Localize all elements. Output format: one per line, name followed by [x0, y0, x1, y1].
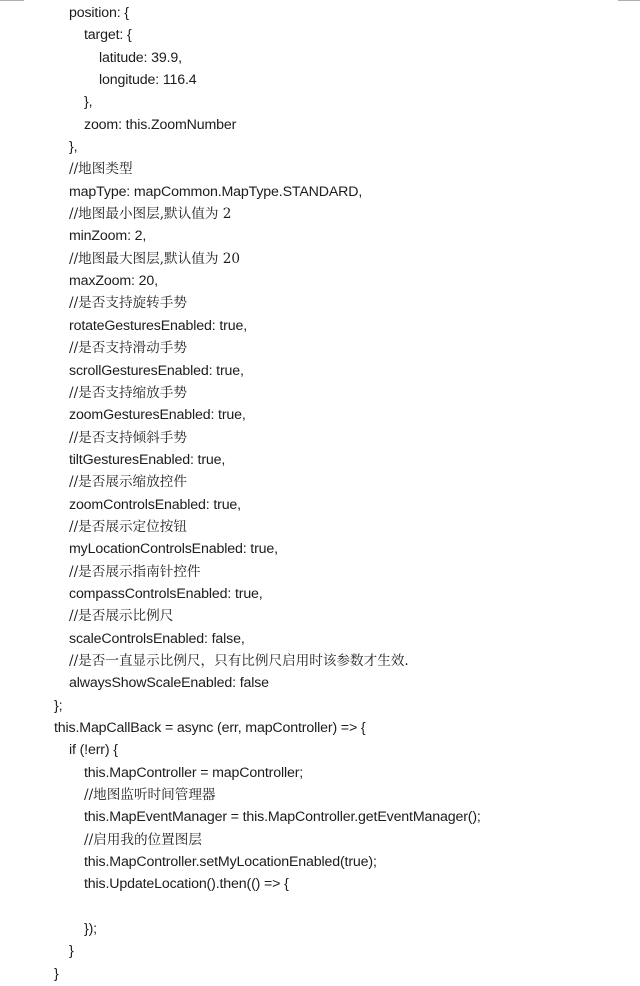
code-snippet: position: {target: {latitude: 39.9,longi…: [0, 2, 640, 985]
code-comment-line: //是否展示缩放控件: [0, 471, 640, 493]
code-comment-line: //是否展示定位按钮: [0, 516, 640, 538]
code-line: mapType: mapCommon.MapType.STANDARD,: [0, 181, 640, 203]
code-line: this.UpdateLocation().then(() => {: [0, 873, 640, 895]
code-line: }: [0, 963, 640, 985]
code-comment-line: //是否支持缩放手势: [0, 382, 640, 404]
code-line: latitude: 39.9,: [0, 47, 640, 69]
code-line: if (!err) {: [0, 739, 640, 761]
code-line: zoomGesturesEnabled: true,: [0, 404, 640, 426]
code-line: };: [0, 695, 640, 717]
code-comment-line: //是否支持倾斜手势: [0, 427, 640, 449]
code-line: maxZoom: 20,: [0, 270, 640, 292]
code-comment-line: //地图监听时间管理器: [0, 784, 640, 806]
code-line: this.MapEventManager = this.MapControlle…: [0, 806, 640, 828]
code-comment-line: //启用我的位置图层: [0, 829, 640, 851]
code-line: rotateGesturesEnabled: true,: [0, 315, 640, 337]
code-line: target: {: [0, 24, 640, 46]
code-line: zoom: this.ZoomNumber: [0, 114, 640, 136]
code-comment-line: //是否展示指南针控件: [0, 561, 640, 583]
code-line: zoomControlsEnabled: true,: [0, 494, 640, 516]
code-line: tiltGesturesEnabled: true,: [0, 449, 640, 471]
top-right-border-fragment: [618, 0, 640, 1]
code-line: position: {: [0, 2, 640, 24]
blank-line: [0, 896, 640, 918]
code-comment-line: //是否支持旋转手势: [0, 292, 640, 314]
code-comment-line: //地图类型: [0, 158, 640, 180]
code-comment-line: //是否一直显示比例尺，只有比例尺启用时该参数才生效.: [0, 650, 640, 672]
code-line: myLocationControlsEnabled: true,: [0, 538, 640, 560]
code-comment-line: //是否展示比例尺: [0, 605, 640, 627]
code-comment-line: //地图最小图层,默认值为 2: [0, 203, 640, 225]
code-line: minZoom: 2,: [0, 225, 640, 247]
code-comment-line: //地图最大图层,默认值为 20: [0, 248, 640, 270]
code-line: this.MapCallBack = async (err, mapContro…: [0, 717, 640, 739]
code-comment-line: //是否支持滑动手势: [0, 337, 640, 359]
code-line: alwaysShowScaleEnabled: false: [0, 672, 640, 694]
code-line: scrollGesturesEnabled: true,: [0, 360, 640, 382]
code-line: this.MapController.setMyLocationEnabled(…: [0, 851, 640, 873]
code-line: },: [0, 136, 640, 158]
code-line: });: [0, 918, 640, 940]
code-line: longitude: 116.4: [0, 69, 640, 91]
code-line: scaleControlsEnabled: false,: [0, 628, 640, 650]
code-line: this.MapController = mapController;: [0, 762, 640, 784]
code-line: }: [0, 940, 640, 962]
code-line: compassControlsEnabled: true,: [0, 583, 640, 605]
top-left-border-fragment: [0, 0, 24, 1]
code-line: },: [0, 91, 640, 113]
